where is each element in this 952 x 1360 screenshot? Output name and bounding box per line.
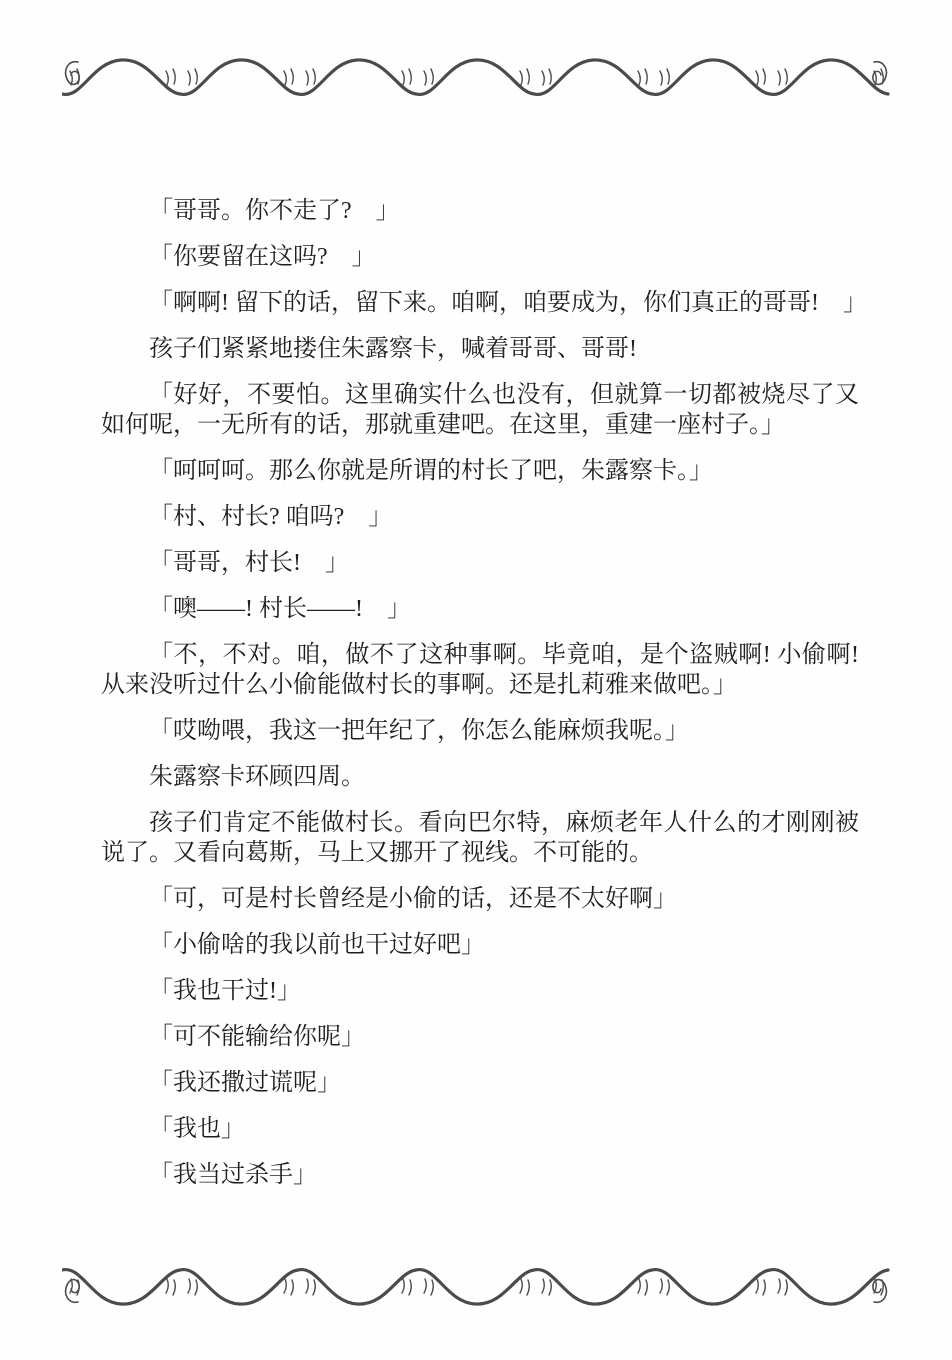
paragraph: 孩子们肯定不能做村长。看向巴尔特，麻烦老年人什么的才刚刚被说了。又看向葛斯，马上… (101, 808, 859, 868)
paragraph: 「我也干过!」 (101, 976, 859, 1006)
paragraph: 「我也」 (101, 1114, 859, 1144)
paragraph: 「我当过杀手」 (101, 1160, 859, 1190)
paragraph: 孩子们紧紧地搂住朱露察卡，喊着哥哥、哥哥! (101, 334, 859, 364)
book-page: 「哥哥。你不走了? 」「你要留在这吗? 」「啊啊! 留下的话，留下来。咱啊，咱要… (0, 0, 952, 1360)
paragraph: 「可，可是村长曾经是小偷的话，还是不太好啊」 (101, 884, 859, 914)
paragraph: 「你要留在这吗? 」 (101, 242, 859, 272)
paragraph: 「村、村长? 咱吗? 」 (101, 502, 859, 532)
paragraph: 「噢——! 村长——! 」 (101, 594, 859, 624)
paragraph: 「哥哥。你不走了? 」 (101, 196, 859, 226)
top-flourish-border-ornament (62, 50, 890, 106)
paragraph: 「呵呵呵。那么你就是所谓的村长了吧，朱露察卡。」 (101, 456, 859, 486)
paragraph: 「哎呦喂，我这一把年纪了，你怎么能麻烦我呢。」 (101, 716, 859, 746)
paragraph: 「不，不对。咱，做不了这种事啊。毕竟咱，是个盗贼啊! 小偷啊! 从来没听过什么小… (101, 640, 859, 700)
paragraph: 「啊啊! 留下的话，留下来。咱啊，咱要成为，你们真正的哥哥! 」 (101, 288, 859, 318)
paragraph: 「小偷啥的我以前也干过好吧」 (101, 930, 859, 960)
paragraph: 朱露察卡环顾四周。 (101, 762, 859, 792)
paragraph-list: 「哥哥。你不走了? 」「你要留在这吗? 」「啊啊! 留下的话，留下来。咱啊，咱要… (101, 196, 859, 1190)
paragraph: 「我还撒过谎呢」 (101, 1068, 859, 1098)
novel-text-block: 「哥哥。你不走了? 」「你要留在这吗? 」「啊啊! 留下的话，留下来。咱啊，咱要… (101, 196, 859, 1206)
paragraph: 「哥哥，村长! 」 (101, 548, 859, 578)
bottom-flourish-border-ornament (62, 1258, 890, 1314)
paragraph: 「可不能输给你呢」 (101, 1022, 859, 1052)
paragraph: 「好好，不要怕。这里确实什么也没有，但就算一切都被烧尽了又如何呢，一无所有的话，… (101, 380, 859, 440)
